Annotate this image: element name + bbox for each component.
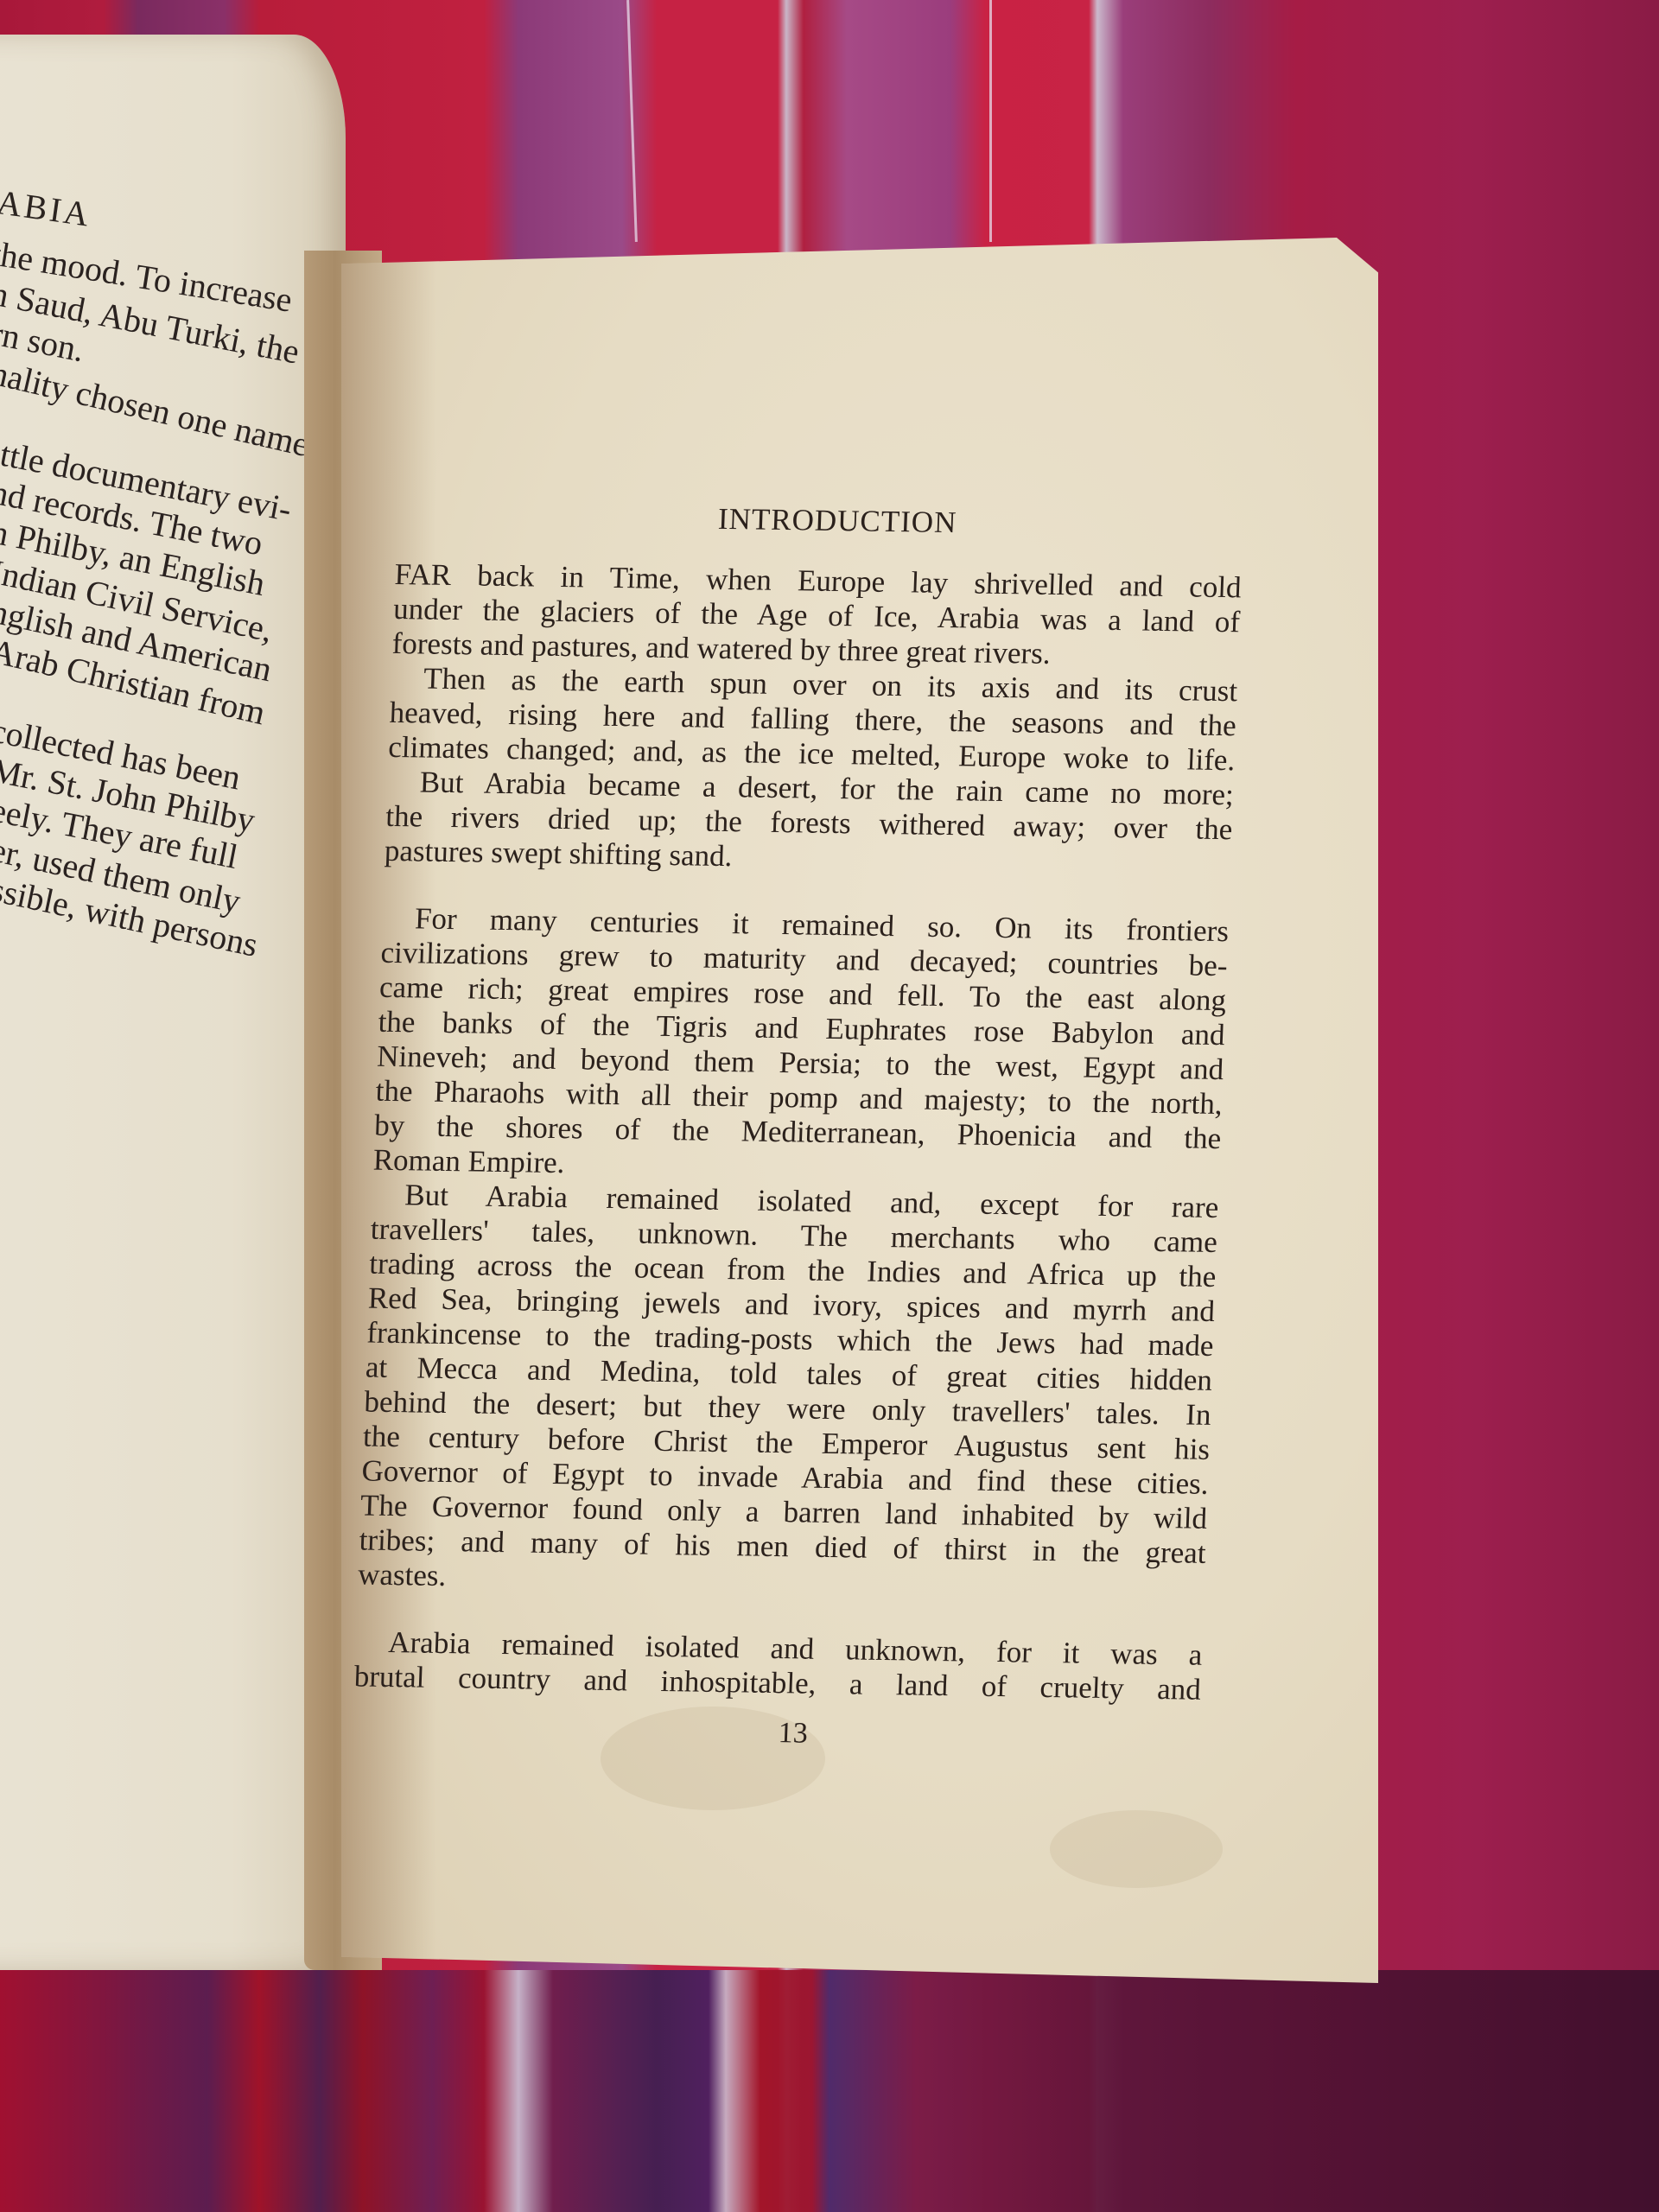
paragraph: Arabia remained isolated and unknown, fo… <box>353 1624 1203 1707</box>
paragraph: But Arabia became a desert, for the rain… <box>384 765 1234 881</box>
paragraph: For many centuries it remained so. On it… <box>372 901 1230 1191</box>
right-page: INTRODUCTION FAR back in Time, when Euro… <box>341 238 1378 1983</box>
fabric-background-bottom <box>0 1970 1659 2212</box>
paper-stain <box>1050 1810 1223 1888</box>
running-head: ABIA <box>0 181 94 235</box>
paragraph: Then as the earth spun over on its axis … <box>388 661 1238 778</box>
paragraph: But Arabia remained isolated and, except… <box>358 1178 1219 1605</box>
page-number: 13 <box>352 1709 1199 1757</box>
chapter-title: INTRODUCTION <box>397 497 1244 544</box>
page-text-block: INTRODUCTION FAR back in Time, when Euro… <box>352 497 1244 1758</box>
paragraph: FAR back in Time, when Europe lay shrive… <box>391 557 1242 674</box>
loose-thread <box>989 0 992 242</box>
left-page-text: the mood. To increase n Saud, Abu Turki,… <box>0 233 346 909</box>
left-page: ABIA the mood. To increase n Saud, Abu T… <box>0 35 346 1970</box>
